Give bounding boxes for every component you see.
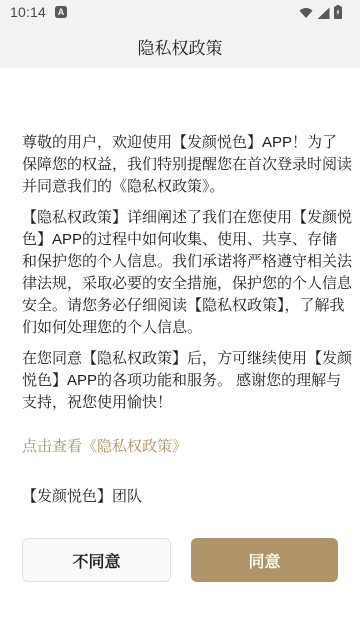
status-time: 10:14 <box>10 4 46 20</box>
page-title: 隐私权政策 <box>138 34 223 59</box>
action-buttons-row: 不同意 同意 <box>22 538 338 582</box>
status-bar-right <box>299 5 342 19</box>
policy-details-paragraph: 【隐私权政策】详细阐述了我们在您使用【发颜悦色】APP的过程中如何收集、使用、共… <box>22 207 352 339</box>
wifi-icon <box>299 7 313 19</box>
status-bar-left: 10:14 A <box>10 4 67 20</box>
agree-button[interactable]: 同意 <box>191 538 338 582</box>
agreement-notice-paragraph: 在您同意【隐私权政策】后，方可继续使用【发颜悦色】APP的各项功能和服务。 感谢… <box>22 348 352 414</box>
status-bar: 10:14 A <box>0 0 360 24</box>
privacy-policy-screen: 10:14 A 隐私权政策 <box>0 0 360 639</box>
notification-app-icon: A <box>55 6 67 18</box>
cellular-signal-icon <box>317 7 330 19</box>
battery-charging-icon <box>334 5 342 19</box>
title-bar: 隐私权政策 <box>0 24 360 68</box>
privacy-policy-link[interactable]: 点击查看《隐私权政策》 <box>22 437 187 457</box>
disagree-button[interactable]: 不同意 <box>22 538 171 582</box>
intro-paragraph: 尊敬的用户，欢迎使用【发颜悦色】APP！为了保障您的权益，我们特别提醒您在首次登… <box>22 132 352 198</box>
content-area: 尊敬的用户，欢迎使用【发颜悦色】APP！为了保障您的权益，我们特别提醒您在首次登… <box>0 68 360 582</box>
team-signature: 【发颜悦色】团队 <box>22 487 352 507</box>
